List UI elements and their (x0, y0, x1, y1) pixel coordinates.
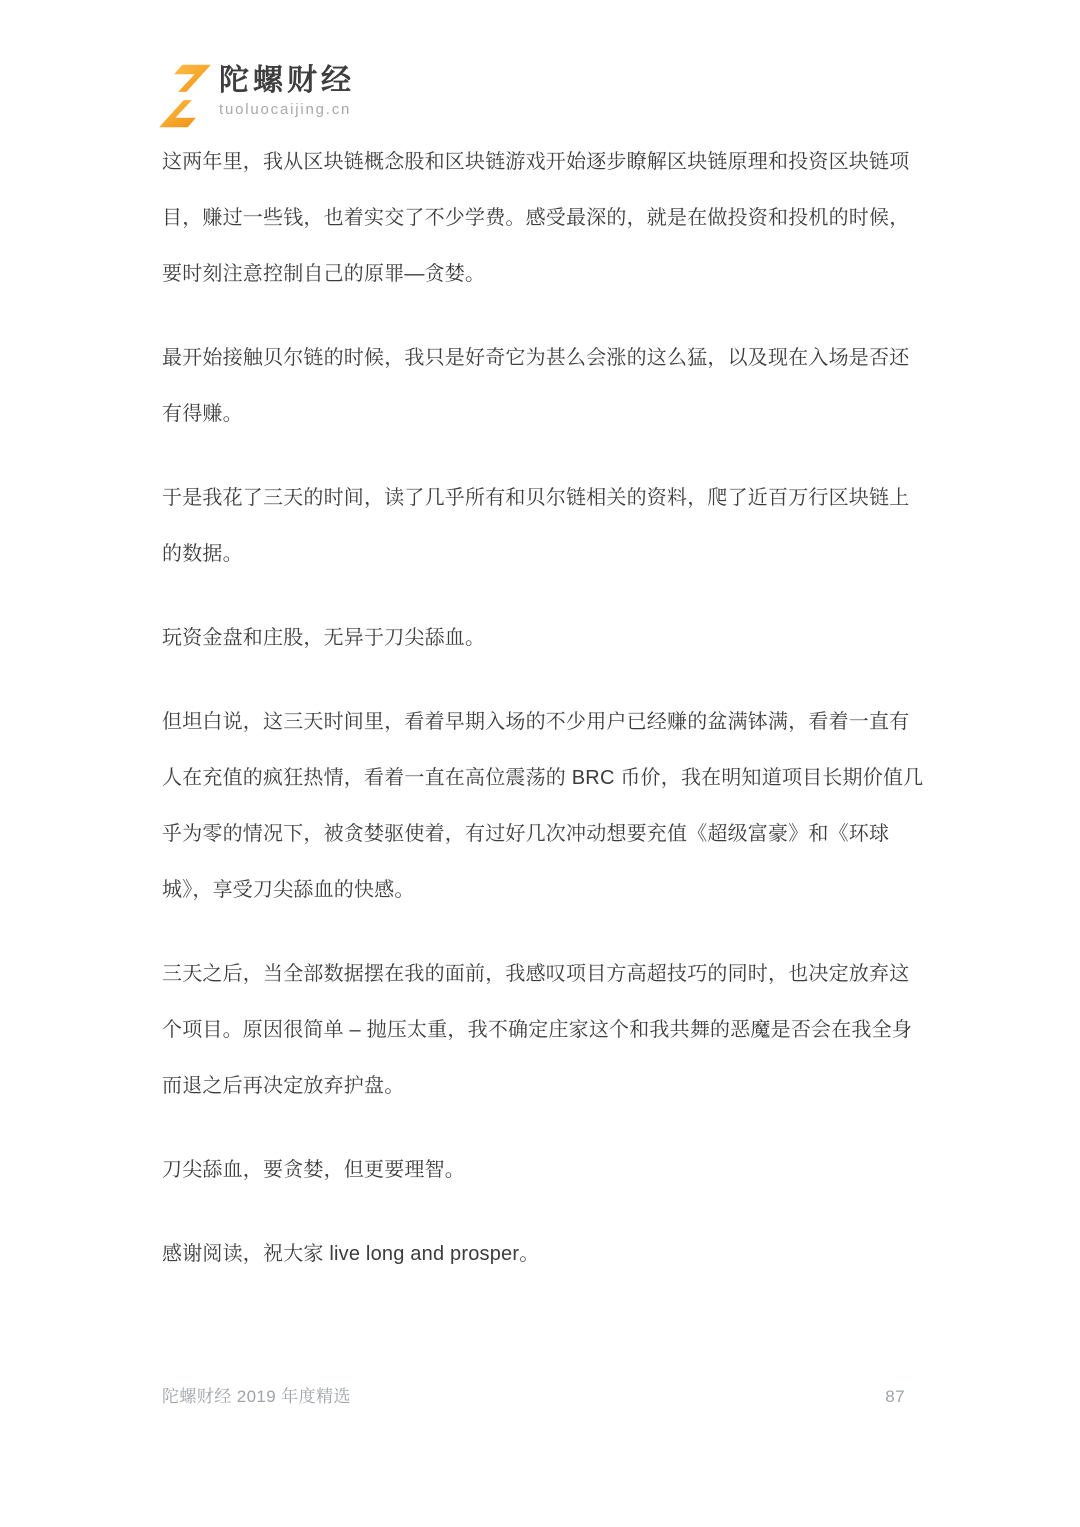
text-line: 有得赚。 (162, 386, 908, 442)
document-page: 陀螺财经 tuoluocaijing.cn 这两年里，我从区块链概念股和区块链游… (0, 0, 1080, 1527)
article-paragraph: 刀尖舔血，要贪婪，但更要理智。 (162, 1142, 908, 1198)
brand-wordmark: 陀螺财经 tuoluocaijing.cn (219, 62, 355, 118)
page-footer: 陀螺财经 2019 年度精选 87 (162, 1382, 905, 1407)
text-line: 乎为零的情况下，被贪婪驱使着，有过好几次冲动想要充值《超级富豪》和《环球 (162, 806, 908, 862)
brand-logo: 陀螺财经 tuoluocaijing.cn (158, 62, 355, 130)
article-paragraph: 最开始接触贝尔链的时候，我只是好奇它为甚么会涨的这么猛，以及现在入场是否还 有得… (162, 330, 908, 442)
brand-domain: tuoluocaijing.cn (219, 101, 355, 118)
article-paragraph: 但坦白说，这三天时间里，看着早期入场的不少用户已经赚的盆满钵满，看着一直有 人在… (162, 694, 908, 918)
article-paragraph: 于是我花了三天的时间，读了几乎所有和贝尔链相关的资料，爬了近百万行区块链上 的数… (162, 470, 908, 582)
text-line: 而退之后再决定放弃护盘。 (162, 1058, 908, 1114)
text-line: 感谢阅读，祝大家 live long and prosper。 (162, 1226, 908, 1282)
text-line: 玩资金盘和庄股，无异于刀尖舔血。 (162, 610, 908, 666)
article-paragraph: 感谢阅读，祝大家 live long and prosper。 (162, 1226, 908, 1282)
tuoluo-z-logo-icon (158, 62, 212, 130)
brand-title: 陀螺财经 (219, 62, 355, 100)
article-paragraph: 三天之后，当全部数据摆在我的面前，我感叹项目方高超技巧的同时，也决定放弃这 个项… (162, 946, 908, 1114)
article-paragraph: 这两年里，我从区块链概念股和区块链游戏开始逐步瞭解区块链原理和投资区块链项 目，… (162, 134, 908, 302)
footer-publication-label: 陀螺财经 2019 年度精选 (162, 1382, 351, 1407)
text-line: 但坦白说，这三天时间里，看着早期入场的不少用户已经赚的盆满钵满，看着一直有 (162, 694, 908, 750)
text-line: 人在充值的疯狂热情，看着一直在高位震荡的 BRC 币价，我在明知道项目长期价值几 (162, 750, 908, 806)
article-body: 这两年里，我从区块链概念股和区块链游戏开始逐步瞭解区块链原理和投资区块链项 目，… (162, 134, 908, 1310)
footer-page-number: 87 (885, 1387, 905, 1407)
text-line: 目，赚过一些钱，也着实交了不少学费。感受最深的，就是在做投资和投机的时候， (162, 190, 908, 246)
text-line: 这两年里，我从区块链概念股和区块链游戏开始逐步瞭解区块链原理和投资区块链项 (162, 134, 908, 190)
text-line: 个项目。原因很简单 – 抛压太重，我不确定庄家这个和我共舞的恶魔是否会在我全身 (162, 1002, 908, 1058)
text-line: 的数据。 (162, 526, 908, 582)
text-line: 刀尖舔血，要贪婪，但更要理智。 (162, 1142, 908, 1198)
text-line: 城》，享受刀尖舔血的快感。 (162, 862, 908, 918)
article-paragraph: 玩资金盘和庄股，无异于刀尖舔血。 (162, 610, 908, 666)
text-line: 最开始接触贝尔链的时候，我只是好奇它为甚么会涨的这么猛，以及现在入场是否还 (162, 330, 908, 386)
text-line: 于是我花了三天的时间，读了几乎所有和贝尔链相关的资料，爬了近百万行区块链上 (162, 470, 908, 526)
text-line: 三天之后，当全部数据摆在我的面前，我感叹项目方高超技巧的同时，也决定放弃这 (162, 946, 908, 1002)
text-line: 要时刻注意控制自己的原罪—贪婪。 (162, 246, 908, 302)
